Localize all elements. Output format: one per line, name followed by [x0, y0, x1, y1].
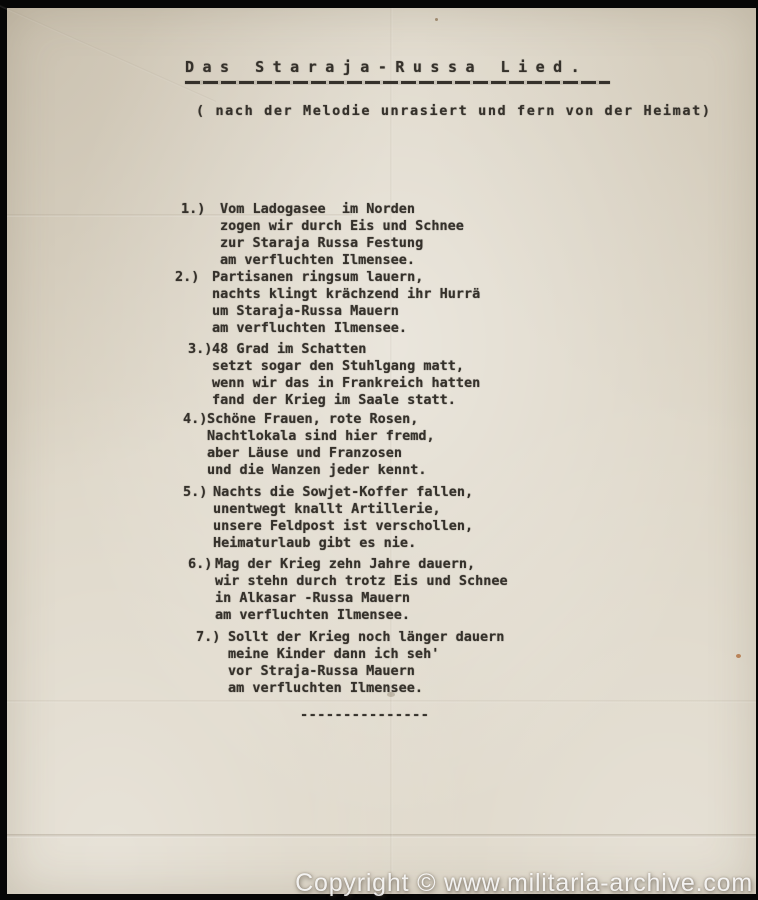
verse-number: 4.) [183, 411, 207, 428]
verse: 3.)48 Grad im Schattensetzt sogar den St… [150, 341, 620, 409]
verse-line: Vom Ladogasee im Norden [220, 201, 620, 218]
verse-line: Nachtlokala sind hier fremd, [207, 428, 620, 445]
verse-line: am verfluchten Ilmensee. [212, 320, 620, 337]
foxing-speck [435, 18, 438, 21]
verse: 6.)Mag der Krieg zehn Jahre dauern,wir s… [150, 556, 620, 624]
verse-line: am verfluchten Ilmensee. [228, 680, 620, 697]
verse-line: fand der Krieg im Saale statt. [212, 392, 620, 409]
verse-line: Partisanen ringsum lauern, [212, 269, 620, 286]
verse-line: Mag der Krieg zehn Jahre dauern, [215, 556, 620, 573]
verse: 5.)Nachts die Sowjet-Koffer fallen,unent… [150, 484, 620, 552]
verse-line: nachts klingt krächzend ihr Hurrä [212, 286, 620, 303]
fold-crease [7, 834, 756, 838]
verse-number: 7.) [196, 629, 220, 646]
document-title: Das Staraja-Russa Lied. [185, 58, 588, 76]
verse-line: Heimaturlaub gibt es nie. [213, 535, 620, 552]
verse-number: 1.) [181, 201, 205, 218]
verse-line: aber Läuse und Franzosen [207, 445, 620, 462]
verse-line: Schöne Frauen, rote Rosen, [207, 411, 620, 428]
scan-page: { "document": { "title": "Das Staraja-Ru… [0, 0, 758, 900]
verse-line: unentwegt knallt Artillerie, [213, 501, 620, 518]
verse: 1.)Vom Ladogasee im Nordenzogen wir durc… [150, 201, 620, 269]
verse: 7.)Sollt der Krieg noch länger dauernmei… [150, 629, 620, 697]
divider-line: --------------- [300, 707, 620, 724]
verse-line: 48 Grad im Schatten [212, 341, 620, 358]
verse-line: meine Kinder dann ich seh' [228, 646, 620, 663]
verse-line: wenn wir das in Frankreich hatten [212, 375, 620, 392]
verse: 2.)Partisanen ringsum lauern,nachts klin… [150, 269, 620, 337]
verse: 4.)Schöne Frauen, rote Rosen,Nachtlokala… [150, 411, 620, 479]
verse-line: am verfluchten Ilmensee. [220, 252, 620, 269]
verse-line: Nachts die Sowjet-Koffer fallen, [213, 484, 620, 501]
verse-line: wir stehn durch trotz Eis und Schnee [215, 573, 620, 590]
verse-line: Sollt der Krieg noch länger dauern [228, 629, 620, 646]
fold-crease [0, 0, 216, 103]
verse-number: 5.) [183, 484, 207, 501]
verse-line: zogen wir durch Eis und Schnee [220, 218, 620, 235]
verse-line: unsere Feldpost ist verschollen, [213, 518, 620, 535]
verse-number: 3.) [188, 341, 212, 358]
title-underline [185, 81, 610, 84]
verse-number: 6.) [188, 556, 212, 573]
verse-line: und die Wanzen jeder kennt. [207, 462, 620, 479]
verse-number: 2.) [175, 269, 199, 286]
verse-line: um Staraja-Russa Mauern [212, 303, 620, 320]
verse-line: zur Staraja Russa Festung [220, 235, 620, 252]
verse-line: vor Straja-Russa Mauern [228, 663, 620, 680]
paper-sheet: Das Staraja-Russa Lied. ( nach der Melod… [7, 8, 756, 894]
foxing-speck [736, 654, 741, 658]
verse-line: in Alkasar -Russa Mauern [215, 590, 620, 607]
document-subtitle: ( nach der Melodie unrasiert und fern vo… [196, 103, 712, 119]
verse-line: setzt sogar den Stuhlgang matt, [212, 358, 620, 375]
verse-list: 1.)Vom Ladogasee im Nordenzogen wir durc… [150, 150, 620, 758]
verse-line: am verfluchten Ilmensee. [215, 607, 620, 624]
watermark-text: Copyright © www.militaria-archive.com [295, 869, 753, 898]
